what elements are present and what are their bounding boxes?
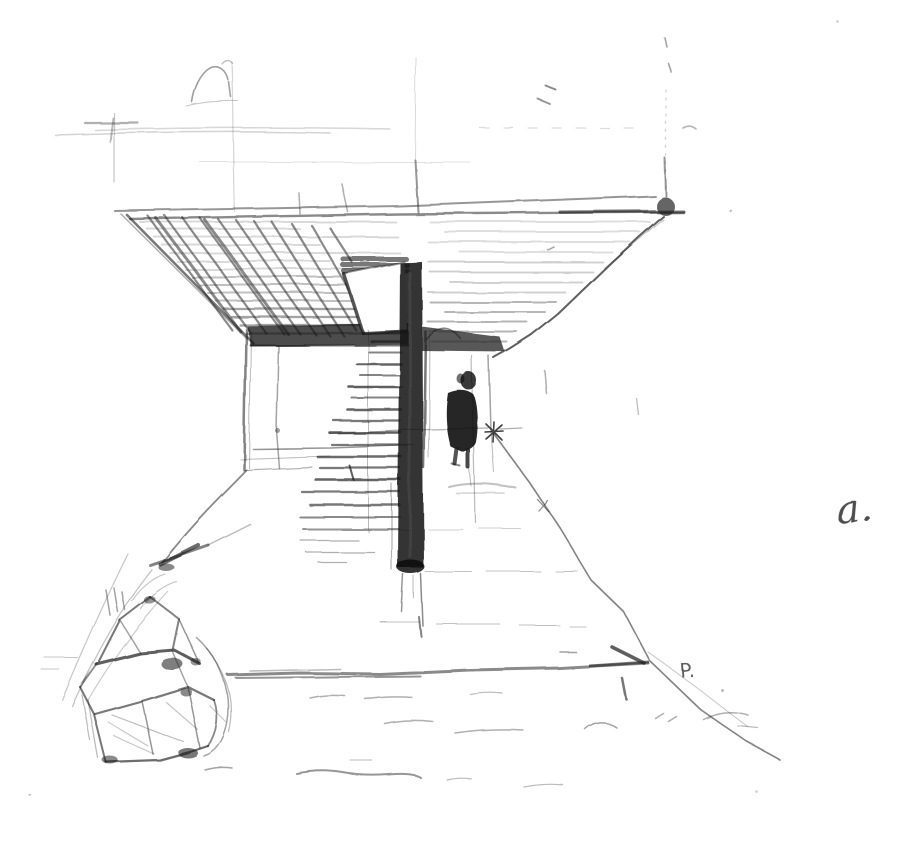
main-ground-line xyxy=(228,663,648,675)
corridor-doorway xyxy=(412,247,639,522)
figure-body xyxy=(446,390,477,452)
column-foot xyxy=(397,560,425,574)
door-jamb-right xyxy=(489,356,491,432)
point-label-text: P. xyxy=(679,660,695,683)
stair-base-dashes xyxy=(300,540,374,562)
chimney-shape xyxy=(192,67,228,102)
ceiling-plane xyxy=(115,196,683,358)
ceiling-corner-node xyxy=(656,197,674,215)
sketch-drawing: P. xyxy=(0,0,915,848)
figure-leg-left xyxy=(455,449,457,464)
left-floor-diagonal xyxy=(162,470,246,562)
staircase xyxy=(300,330,412,570)
bottom-ground-strokes xyxy=(29,658,759,796)
floor-lines: P. xyxy=(228,434,779,759)
door-jamb-left xyxy=(424,332,426,468)
skylight-opening xyxy=(344,262,407,333)
above-ceiling-construction-lines xyxy=(55,21,839,214)
ceiling-right-edge xyxy=(494,216,663,358)
rock-pile xyxy=(62,524,250,764)
dark-column xyxy=(397,262,425,626)
corner-star-mark xyxy=(485,422,503,442)
ceiling-streaks-right xyxy=(428,222,650,342)
perspective-diagonal xyxy=(494,434,779,759)
sketch-paper: P. xyxy=(0,0,915,848)
ceiling-heavy-band-right xyxy=(422,327,505,352)
page-mark-text: a. xyxy=(834,484,875,534)
